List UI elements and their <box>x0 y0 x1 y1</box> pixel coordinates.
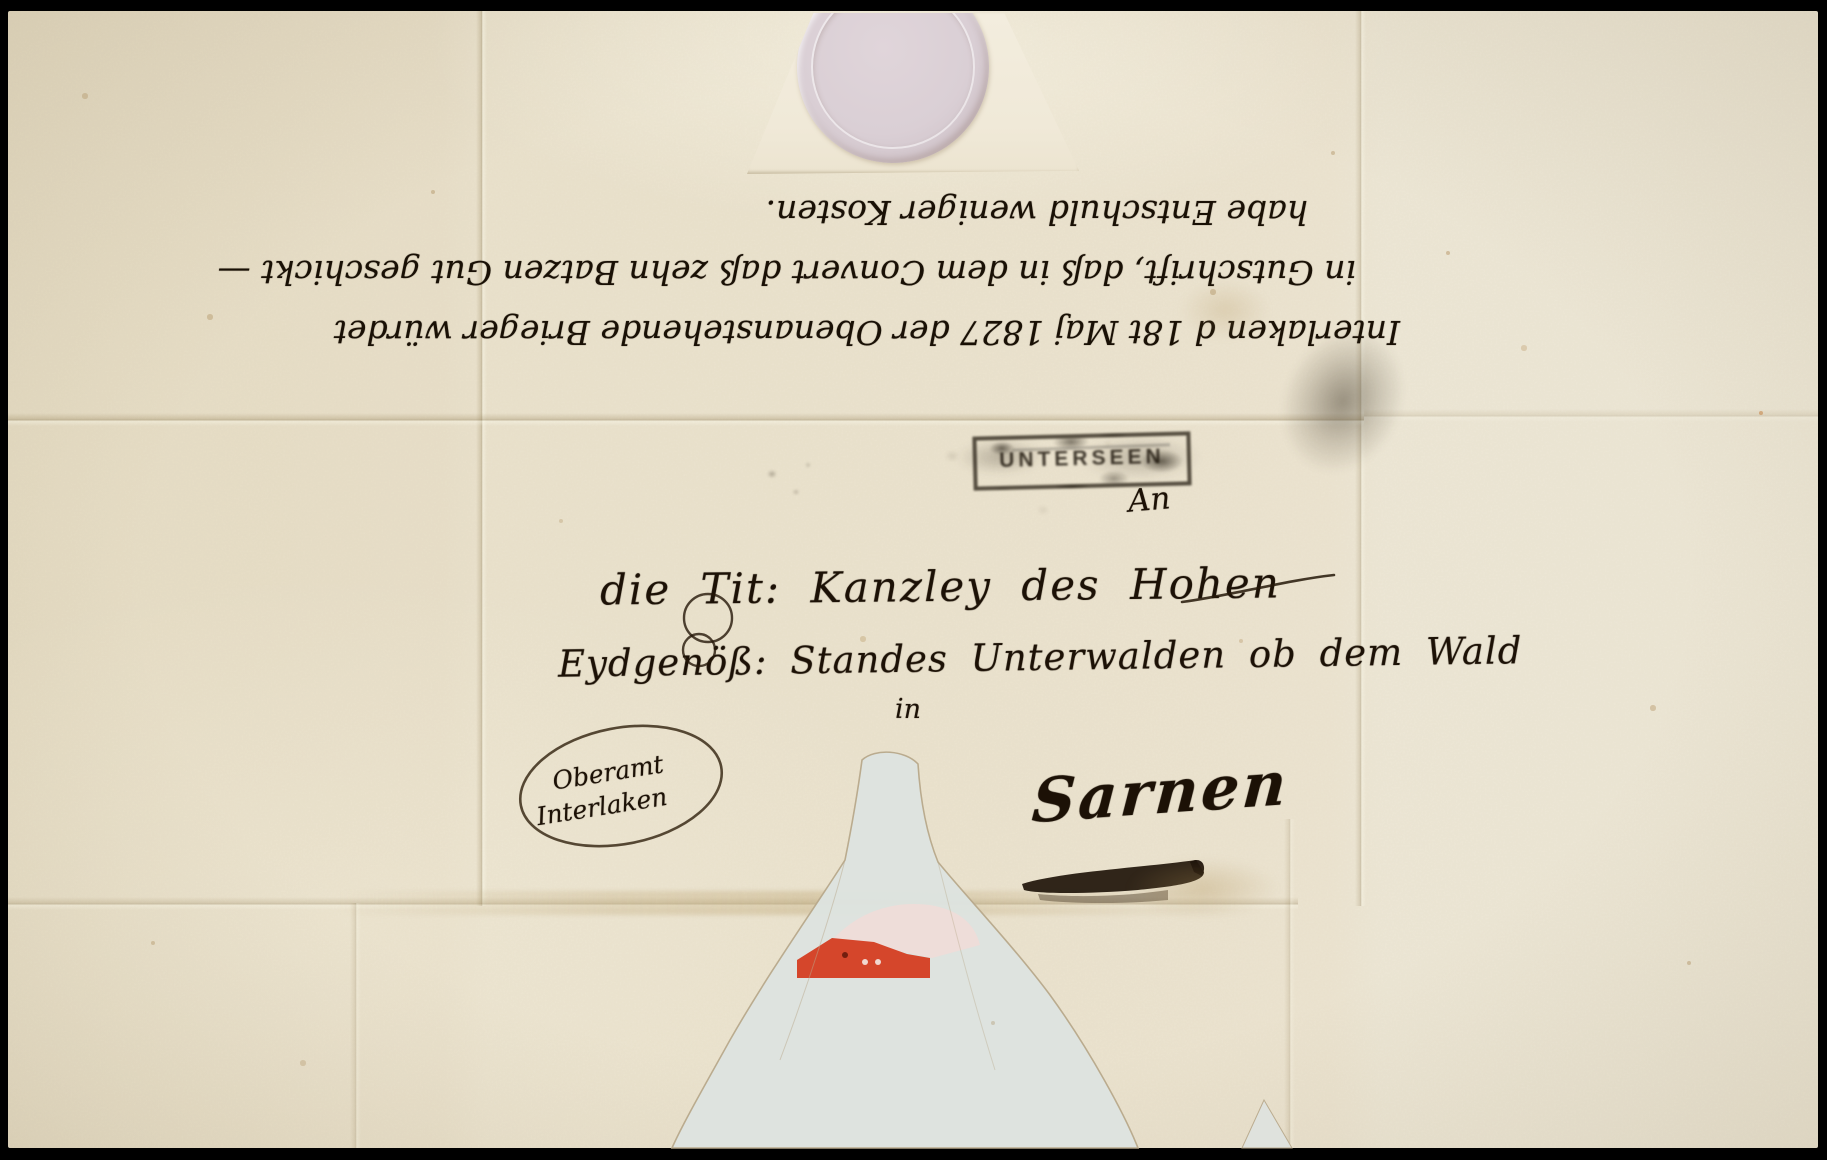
embossed-seal-ring <box>811 0 975 149</box>
docket-line-3: habe Entschuld weniger Kosten. <box>478 182 1308 242</box>
ink-smudge-mist <box>900 420 1160 540</box>
fold-line-vertical-left <box>476 11 487 906</box>
ink-smudge-dots <box>748 450 828 510</box>
tan-stain-below-sarnen <box>1128 858 1278 918</box>
foxing-specks <box>0 0 2 2</box>
embossed-wafer-seal <box>797 0 989 163</box>
address-preposition: in <box>895 694 921 725</box>
letter-scan: Interlaken d 18t Maj 1827 der Obenansteh… <box>0 0 1827 1160</box>
crease-bottom-left <box>350 903 361 1148</box>
crease-bottom-right <box>1284 819 1295 1148</box>
fold-line-horizontal-upper-right <box>1364 409 1818 422</box>
fold-stain-band <box>338 891 1238 915</box>
address-line-1: die Tit: Kanzley des Hohen <box>600 558 1281 614</box>
tan-stain-upper-right <box>1180 280 1270 340</box>
